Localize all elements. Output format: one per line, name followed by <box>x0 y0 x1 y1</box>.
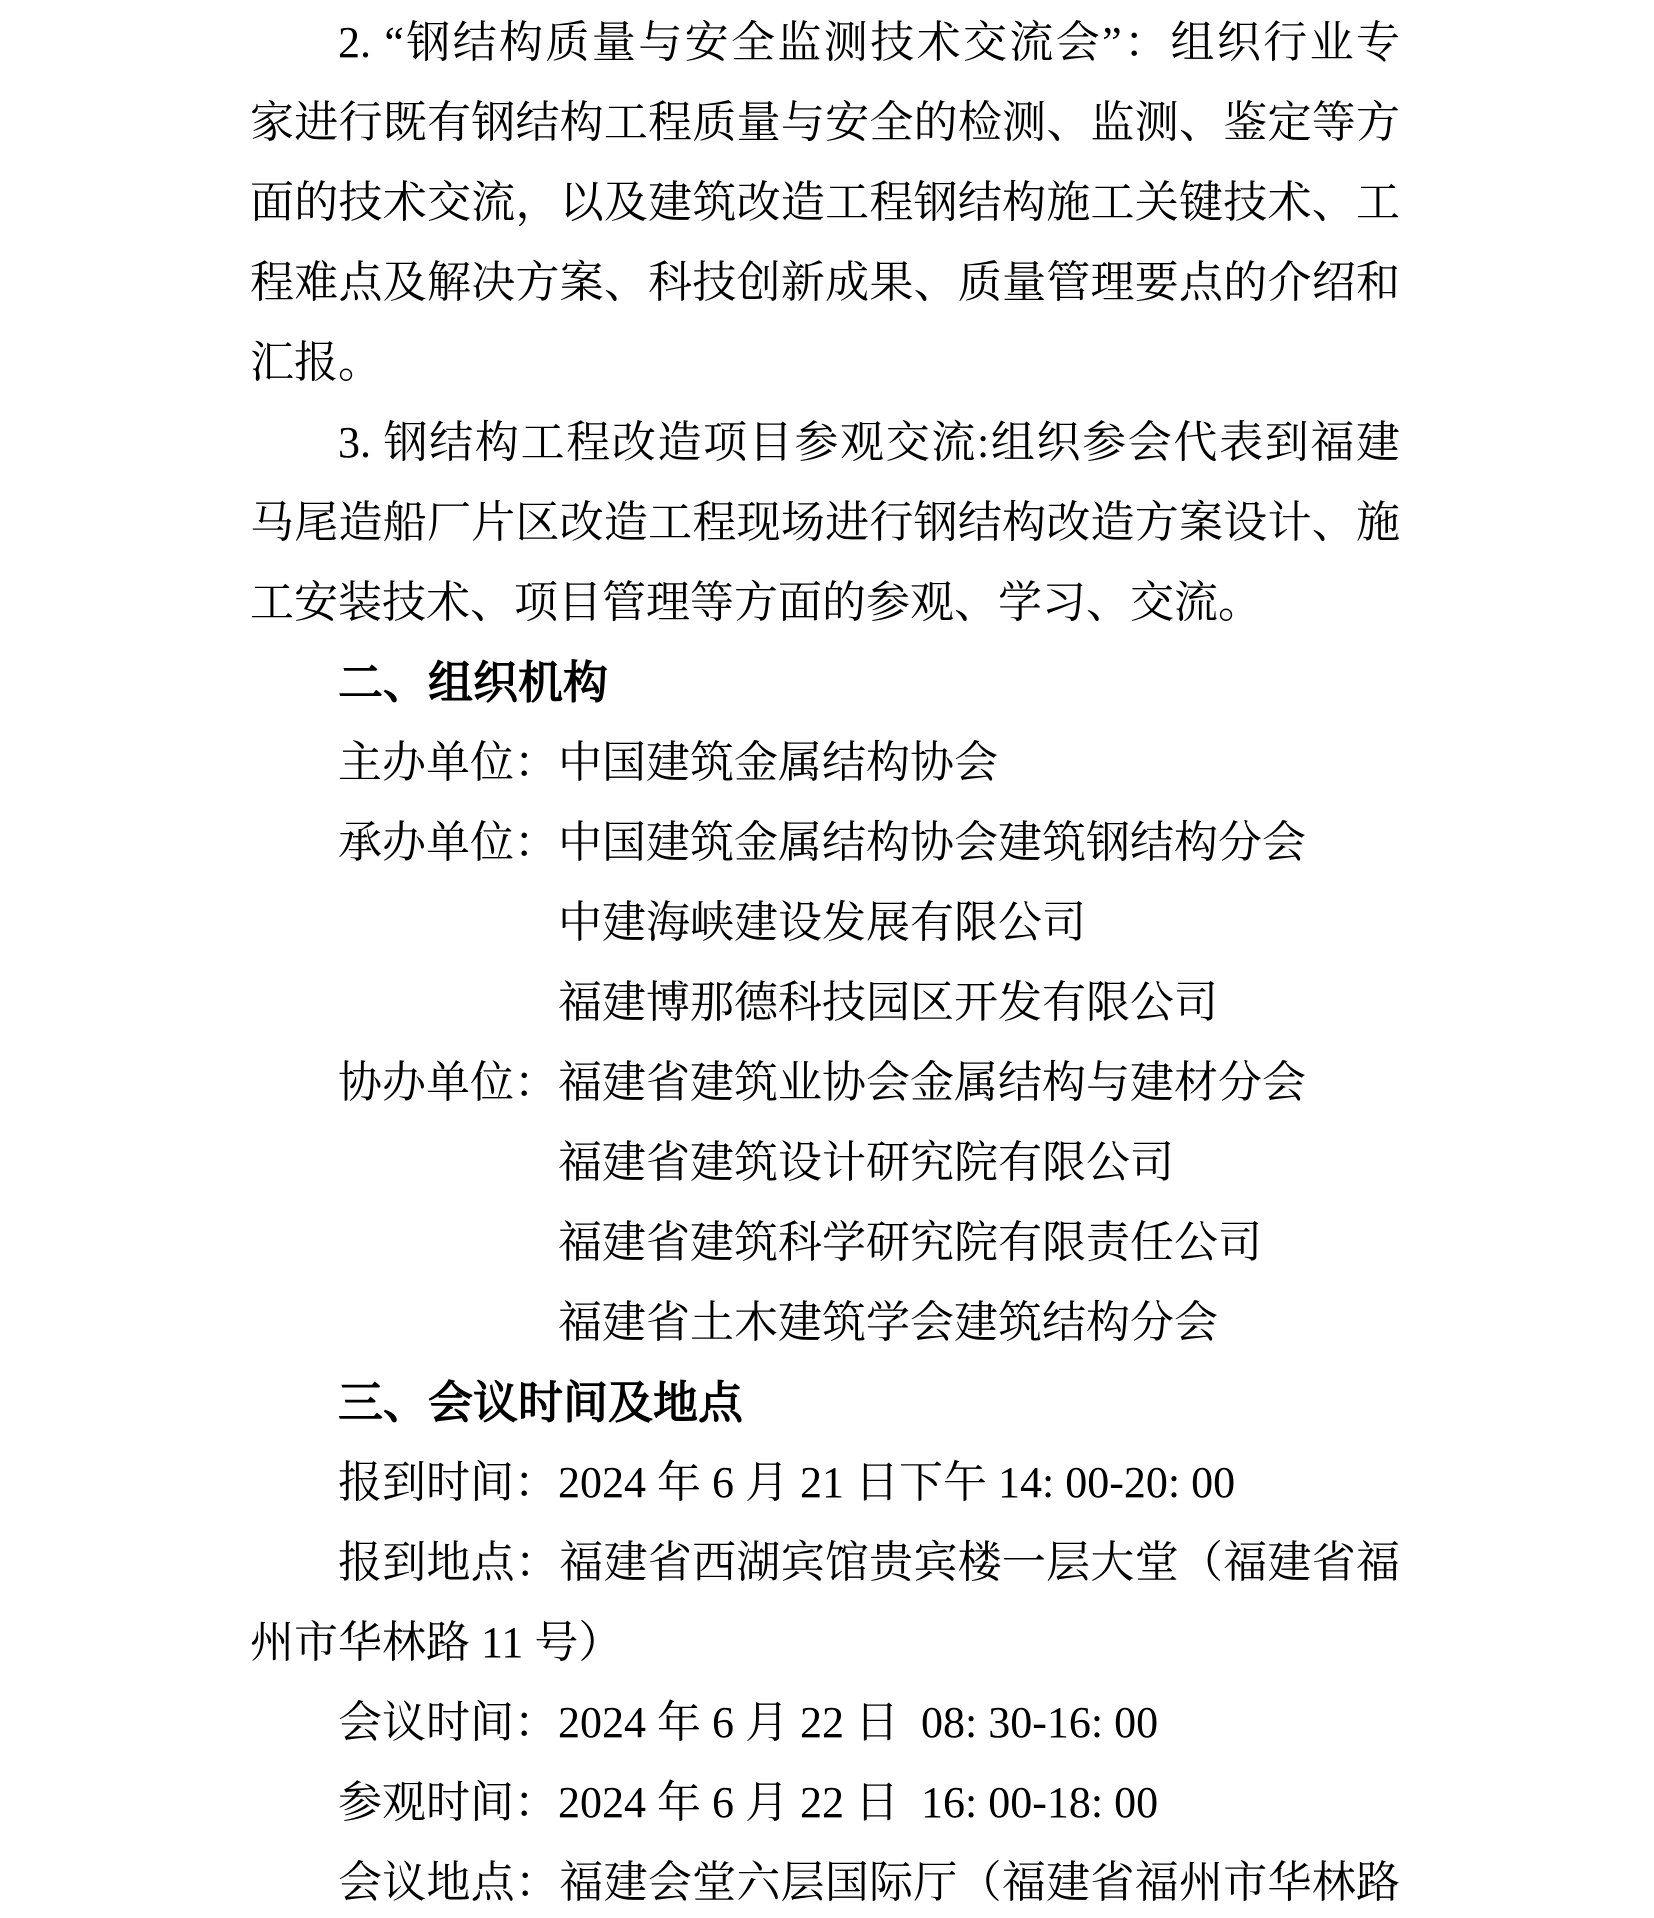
meeting-time-line: 会议时间：2024 年 6 月 22 日 08: 30-16: 00 <box>250 1683 1400 1763</box>
undertaker-line-1: 承办单位：中国建筑金属结构协会建筑钢结构分会 <box>250 803 1400 883</box>
host-organizer-line: 主办单位：中国建筑金属结构协会 <box>250 723 1400 803</box>
co-organizer-line-3: 福建省建筑科学研究院有限责任公司 <box>250 1203 1400 1283</box>
item3-line-1: 3. 钢结构工程改造项目参观交流:组织参会代表到福建 <box>250 403 1400 483</box>
section-heading-time-location: 三、会议时间及地点 <box>250 1363 1400 1443</box>
item2-line-2: 家进行既有钢结构工程质量与安全的检测、监测、鉴定等方 <box>250 83 1400 163</box>
co-organizer-line-4: 福建省土木建筑学会建筑结构分会 <box>250 1283 1400 1363</box>
item3-line-2: 马尾造船厂片区改造工程现场进行钢结构改造方案设计、施 <box>250 483 1400 563</box>
document-content: 2. “钢结构质量与安全监测技术交流会”：组织行业专 家进行既有钢结构工程质量与… <box>250 3 1400 1918</box>
section-heading-organization: 二、组织机构 <box>250 643 1400 723</box>
undertaker-line-3: 福建博那德科技园区开发有限公司 <box>250 963 1400 1043</box>
undertaker-line-2: 中建海峡建设发展有限公司 <box>250 883 1400 963</box>
visit-time-line: 参观时间：2024 年 6 月 22 日 16: 00-18: 00 <box>250 1763 1400 1843</box>
checkin-place-line-2: 州市华林路 11 号） <box>250 1603 1400 1683</box>
item3-line-3: 工安装技术、项目管理等方面的参观、学习、交流。 <box>250 563 1400 643</box>
co-organizer-line-1: 协办单位：福建省建筑业协会金属结构与建材分会 <box>250 1043 1400 1123</box>
item2-line-5: 汇报。 <box>250 323 1400 403</box>
document-page: 2. “钢结构质量与安全监测技术交流会”：组织行业专 家进行既有钢结构工程质量与… <box>0 0 1654 1918</box>
checkin-place-line-1: 报到地点：福建省西湖宾馆贵宾楼一层大堂（福建省福 <box>250 1523 1400 1603</box>
co-organizer-line-2: 福建省建筑设计研究院有限公司 <box>250 1123 1400 1203</box>
item2-line-4: 程难点及解决方案、科技创新成果、质量管理要点的介绍和 <box>250 243 1400 323</box>
item2-line-1: 2. “钢结构质量与安全监测技术交流会”：组织行业专 <box>250 3 1400 83</box>
item2-line-3: 面的技术交流，以及建筑改造工程钢结构施工关键技术、工 <box>250 163 1400 243</box>
checkin-time-line: 报到时间：2024 年 6 月 21 日下午 14: 00-20: 00 <box>250 1443 1400 1523</box>
meeting-place-line: 会议地点：福建会堂六层国际厅（福建省福州市华林路 <box>250 1843 1400 1918</box>
